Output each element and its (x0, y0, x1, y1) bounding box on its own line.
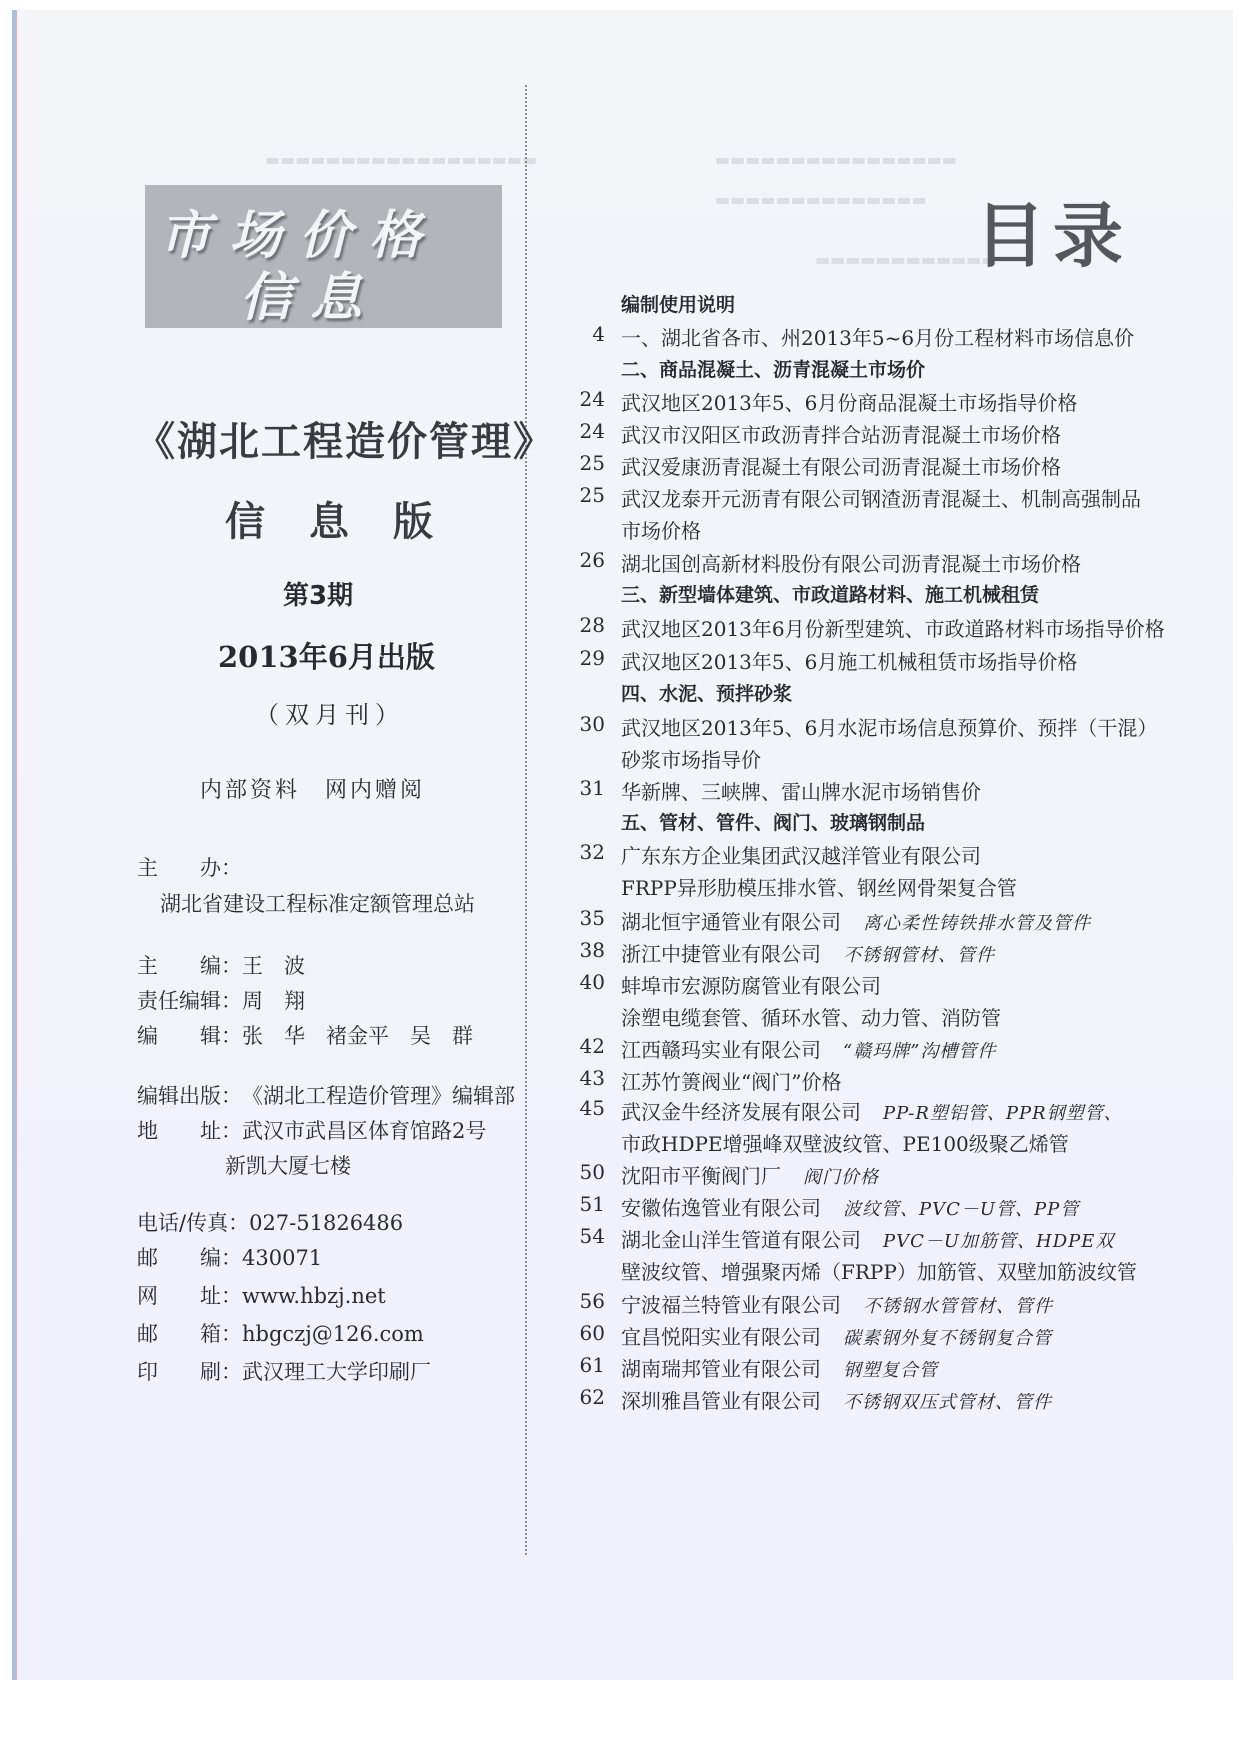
toc-entry-title: 浙江中捷管业有限公司 (621, 942, 821, 966)
toc-entry-products: “赣玛牌”沟槽管件 (843, 1041, 996, 1062)
toc-entry-title: 武汉爱康沥青混凝土有限公司沥青混凝土市场价格 (621, 455, 1061, 479)
toc-entry-text: 三、新型墙体建筑、市政道路材料、施工机械租赁 (621, 580, 1039, 607)
toc-entry-text: 沈阳市平衡阀门厂阀门价格 (621, 1160, 879, 1189)
printer-label: 印 刷： (137, 1356, 242, 1386)
toc-page-number: 43 (555, 1066, 605, 1090)
toc-entry-title: 砂浆市场指导价 (621, 748, 761, 772)
toc-entry-text: 武汉龙泰开元沥青有限公司钢渣沥青混凝土、机制高强制品 (621, 483, 1141, 512)
toc-entry-text: 湖北国创高新材料股份有限公司沥青混凝土市场价格 (621, 548, 1081, 577)
toc-page-number: 32 (555, 840, 605, 864)
toc-entry-products: 碳素钢外复不锈钢复合管 (843, 1328, 1052, 1349)
toc-entry-products: 波纹管、PVC－U管、PP管 (843, 1199, 1079, 1220)
toc-entry-text: 武汉地区2013年5、6月份商品混凝土市场指导价格 (621, 387, 1077, 416)
responsible-editor-value: 周 翔 (242, 989, 305, 1013)
toc-entry-title: 江西赣玛实业有限公司 (621, 1038, 821, 1062)
toc-entry-title: 一、湖北省各市、州2013年5~6月份工程材料市场信息价 (621, 326, 1134, 350)
toc-page-number: 26 (555, 548, 605, 572)
toc-entry-text: 宜昌悦阳实业有限公司碳素钢外复不锈钢复合管 (621, 1321, 1052, 1350)
chief-editor-label: 主 编： (137, 950, 242, 980)
toc-page-number: 25 (555, 483, 605, 507)
toc-entry-products: 不锈钢水管管材、管件 (863, 1296, 1053, 1317)
sponsor-value: 湖北省建设工程标准定额管理总站 (160, 888, 475, 918)
magazine-title: 《湖北工程造价管理》 (135, 410, 555, 467)
chief-editor-value: 王 波 (242, 954, 305, 978)
website-link[interactable]: www.hbzj.net (242, 1284, 386, 1308)
toc-entry-text: 武汉地区2013年6月份新型建筑、市政道路材料市场指导价格 (621, 613, 1165, 642)
postcode-value: 430071 (242, 1246, 322, 1270)
toc-entry-title: 四、水泥、预拌砂浆 (621, 683, 792, 705)
toc-page-number: 51 (555, 1192, 605, 1216)
toc-entry-title: FRPP异形肋模压排水管、钢丝网骨架复合管 (621, 876, 1017, 900)
catalog-title: 目录 (975, 180, 1131, 281)
magazine-subtitle: 信息版 (225, 490, 477, 547)
toc-entry-text: 安徽佑逸管业有限公司波纹管、PVC－U管、PP管 (621, 1192, 1079, 1221)
toc-entry-title: 市场价格 (621, 519, 701, 543)
toc-entry-title: 壁波纹管、增强聚丙烯（FRPP）加筋管、双壁加筋波纹管 (621, 1260, 1137, 1284)
toc-entry-products: PP-R塑铝管、PPR钢塑管、 (883, 1103, 1123, 1124)
toc-entry-title: 武汉龙泰开元沥青有限公司钢渣沥青混凝土、机制高强制品 (621, 487, 1141, 511)
toc-entry-text: 湖南瑞邦管业有限公司钢塑复合管 (621, 1353, 938, 1382)
printer-row: 印 刷：武汉理工大学印刷厂 (137, 1356, 431, 1386)
toc-entry-products: PVC－U加筋管、HDPE双 (883, 1231, 1114, 1252)
toc-entry-title: 安徽佑逸管业有限公司 (621, 1196, 821, 1220)
toc-entry-text: 武汉市汉阳区市政沥青拌合站沥青混凝土市场价格 (621, 419, 1061, 448)
toc-entry-title: 湖北恒宇通管业有限公司 (621, 910, 841, 934)
printer-value: 武汉理工大学印刷厂 (242, 1360, 431, 1384)
toc-entry-text: 宁波福兰特管业有限公司不锈钢水管管材、管件 (621, 1289, 1053, 1318)
toc-entry-title: 市政HDPE增强峰双壁波纹管、PE100级聚乙烯管 (621, 1132, 1069, 1156)
issue-number: 第3期 (283, 575, 353, 612)
toc-entry-title: 武汉市汉阳区市政沥青拌合站沥青混凝土市场价格 (621, 423, 1061, 447)
toc-entry-text: 编制使用说明 (621, 290, 735, 317)
toc-entry-title: 湖北国创高新材料股份有限公司沥青混凝土市场价格 (621, 552, 1081, 576)
address-line-2: 新凯大厦七楼 (225, 1150, 351, 1180)
toc-entry-title: 湖南瑞邦管业有限公司 (621, 1357, 821, 1381)
chief-editor-row: 主 编：王 波 (137, 950, 305, 980)
toc-entry-title: 深圳雅昌管业有限公司 (621, 1389, 821, 1413)
scanned-page: ▬▬▬▬▬▬▬▬▬▬▬▬▬▬▬▬▬▬ ▬▬▬▬▬▬▬▬▬▬▬▬▬▬▬▬ ▬▬▬▬… (12, 10, 1233, 1680)
toc-entry-title: 武汉地区2013年6月份新型建筑、市政道路材料市场指导价格 (621, 617, 1165, 641)
editors-label: 编 辑： (137, 1020, 242, 1050)
website-label: 网 址： (137, 1280, 242, 1310)
internal-note: 内部资料 网内赠阅 (200, 773, 425, 804)
address-label: 地 址： (137, 1115, 242, 1145)
publisher-row: 编辑出版：《湖北工程造价管理》编辑部 (137, 1080, 515, 1110)
toc-entry-title: 沈阳市平衡阀门厂 (621, 1164, 781, 1188)
toc-entry-products: 阀门价格 (803, 1167, 879, 1188)
toc-entry-title: 三、新型墙体建筑、市政道路材料、施工机械租赁 (621, 584, 1039, 606)
toc-page-number: 40 (555, 970, 605, 994)
toc-page-number: 28 (555, 613, 605, 637)
toc-page-number: 35 (555, 906, 605, 930)
publisher-value: 《湖北工程造价管理》编辑部 (242, 1084, 515, 1108)
sponsor-row: 主 办： (137, 852, 242, 882)
toc-page-number: 24 (555, 387, 605, 411)
toc-entry-text: 华新牌、三峡牌、雷山牌水泥市场销售价 (621, 776, 981, 805)
phone-label: 电话/传真： (137, 1207, 249, 1237)
toc-entry-products: 钢塑复合管 (843, 1360, 938, 1381)
toc-entry-title: 江苏竹箦阀业“阀门”价格 (621, 1070, 841, 1094)
toc-entry-title: 武汉金牛经济发展有限公司 (621, 1100, 861, 1124)
postcode-label: 邮 编： (137, 1242, 242, 1272)
editors-row: 编 辑：张 华 褚金平 吴 群 (137, 1020, 473, 1050)
column-divider (525, 85, 527, 1555)
toc-entry-title: 武汉地区2013年5、6月施工机械租赁市场指导价格 (621, 650, 1077, 674)
toc-entry-text: 湖北恒宇通管业有限公司离心柔性铸铁排水管及管件 (621, 906, 1091, 935)
toc-entry-text: 砂浆市场指导价 (621, 744, 761, 773)
toc-page-number: 54 (555, 1224, 605, 1248)
postcode-row: 邮 编：430071 (137, 1242, 322, 1272)
email-link[interactable]: hbgczj@126.com (242, 1322, 424, 1346)
website-row: 网 址：www.hbzj.net (137, 1280, 386, 1310)
toc-page-number: 42 (555, 1034, 605, 1058)
toc-entry-title: 武汉地区2013年5、6月水泥市场信息预算价、预拌（干混） (621, 716, 1157, 740)
toc-page-number: 4 (555, 322, 605, 346)
toc-entry-text: 武汉地区2013年5、6月施工机械租赁市场指导价格 (621, 646, 1077, 675)
toc-entry-title: 蚌埠市宏源防腐管业有限公司 (621, 974, 881, 998)
publication-frequency: （双月刊） (255, 695, 405, 730)
editors-value: 张 华 褚金平 吴 群 (242, 1024, 473, 1048)
publisher-label: 编辑出版： (137, 1080, 242, 1110)
bleed-through-text: ▬▬▬▬▬▬▬▬▬▬▬▬▬▬ (715, 190, 927, 209)
toc-entry-text: 蚌埠市宏源防腐管业有限公司 (621, 970, 881, 999)
toc-entry-title: 湖北金山洋生管道有限公司 (621, 1228, 861, 1252)
banner-line-2: 信息 (240, 255, 380, 330)
toc-entry-text: 市政HDPE增强峰双壁波纹管、PE100级聚乙烯管 (621, 1128, 1069, 1157)
toc-page-number: 29 (555, 646, 605, 670)
toc-entry-text: 江西赣玛实业有限公司“赣玛牌”沟槽管件 (621, 1034, 996, 1063)
toc-page-number: 62 (555, 1385, 605, 1409)
toc-entry-title: 武汉地区2013年5、6月份商品混凝土市场指导价格 (621, 391, 1077, 415)
responsible-editor-label: 责任编辑： (137, 985, 242, 1015)
toc-entry-title: 广东东方企业集团武汉越洋管业有限公司 (621, 844, 981, 868)
toc-entry-text: 深圳雅昌管业有限公司不锈钢双压式管材、管件 (621, 1385, 1052, 1414)
phone-row: 电话/传真：027-51826486 (137, 1207, 403, 1237)
toc-entry-text: 湖北金山洋生管道有限公司PVC－U加筋管、HDPE双 (621, 1224, 1114, 1253)
bleed-through-text: ▬▬▬▬▬▬▬▬▬▬▬▬ (815, 250, 996, 269)
toc-entry-title: 编制使用说明 (621, 294, 735, 316)
address-row: 地 址：武汉市武昌区体育馆路2号 (137, 1115, 486, 1145)
toc-entry-title: 涂塑电缆套管、循环水管、动力管、消防管 (621, 1006, 1001, 1030)
toc-page-number: 61 (555, 1353, 605, 1377)
email-row: 邮 箱：hbgczj@126.com (137, 1318, 424, 1348)
address-line-1: 武汉市武昌区体育馆路2号 (242, 1119, 486, 1143)
bleed-through-text: ▬▬▬▬▬▬▬▬▬▬▬▬▬▬▬▬ (715, 150, 957, 169)
toc-entry-text: 五、管材、管件、阀门、玻璃钢制品 (621, 808, 925, 835)
toc-entry-text: 武汉金牛经济发展有限公司PP-R塑铝管、PPR钢塑管、 (621, 1096, 1123, 1125)
toc-entry-products: 离心柔性铸铁排水管及管件 (863, 913, 1091, 934)
toc-entry-text: 一、湖北省各市、州2013年5~6月份工程材料市场信息价 (621, 322, 1134, 351)
toc-page-number: 31 (555, 776, 605, 800)
toc-entry-title: 五、管材、管件、阀门、玻璃钢制品 (621, 812, 925, 834)
toc-entry-text: 壁波纹管、增强聚丙烯（FRPP）加筋管、双壁加筋波纹管 (621, 1256, 1137, 1285)
toc-entry-title: 宜昌悦阳实业有限公司 (621, 1325, 821, 1349)
toc-entry-title: 华新牌、三峡牌、雷山牌水泥市场销售价 (621, 780, 981, 804)
toc-entry-text: 武汉地区2013年5、6月水泥市场信息预算价、预拌（干混） (621, 712, 1157, 741)
toc-entry-text: 浙江中捷管业有限公司不锈钢管材、管件 (621, 938, 995, 967)
sponsor-label: 主 办： (137, 852, 242, 882)
bleed-through-text: ▬▬▬▬▬▬▬▬▬▬▬▬▬▬▬▬▬▬ (265, 150, 537, 169)
toc-entry-text: 市场价格 (621, 515, 701, 544)
email-label: 邮 箱： (137, 1318, 242, 1348)
toc-page-number: 25 (555, 451, 605, 475)
toc-entry-products: 不锈钢双压式管材、管件 (843, 1392, 1052, 1413)
toc-entry-text: 广东东方企业集团武汉越洋管业有限公司 (621, 840, 981, 869)
toc-entry-text: FRPP异形肋模压排水管、钢丝网骨架复合管 (621, 872, 1017, 901)
toc-page-number: 56 (555, 1289, 605, 1313)
toc-page-number: 24 (555, 419, 605, 443)
toc-entry-text: 二、商品混凝土、沥青混凝土市场价 (621, 355, 925, 382)
phone-value: 027-51826486 (249, 1211, 403, 1235)
toc-entry-products: 不锈钢管材、管件 (843, 945, 995, 966)
market-price-banner: 市场价格 信息 (145, 185, 502, 328)
toc-page-number: 38 (555, 938, 605, 962)
toc-page-number: 50 (555, 1160, 605, 1184)
toc-entry-text: 武汉爱康沥青混凝土有限公司沥青混凝土市场价格 (621, 451, 1061, 480)
toc-page-number: 45 (555, 1096, 605, 1120)
toc-entry-text: 涂塑电缆套管、循环水管、动力管、消防管 (621, 1002, 1001, 1031)
toc-page-number: 60 (555, 1321, 605, 1345)
publication-date: 2013年6月出版 (218, 635, 435, 676)
toc-entry-title: 二、商品混凝土、沥青混凝土市场价 (621, 359, 925, 381)
responsible-editor-row: 责任编辑：周 翔 (137, 985, 305, 1015)
toc-entry-title: 宁波福兰特管业有限公司 (621, 1293, 841, 1317)
toc-page-number: 30 (555, 712, 605, 736)
toc-entry-text: 江苏竹箦阀业“阀门”价格 (621, 1066, 841, 1095)
toc-entry-text: 四、水泥、预拌砂浆 (621, 679, 792, 706)
